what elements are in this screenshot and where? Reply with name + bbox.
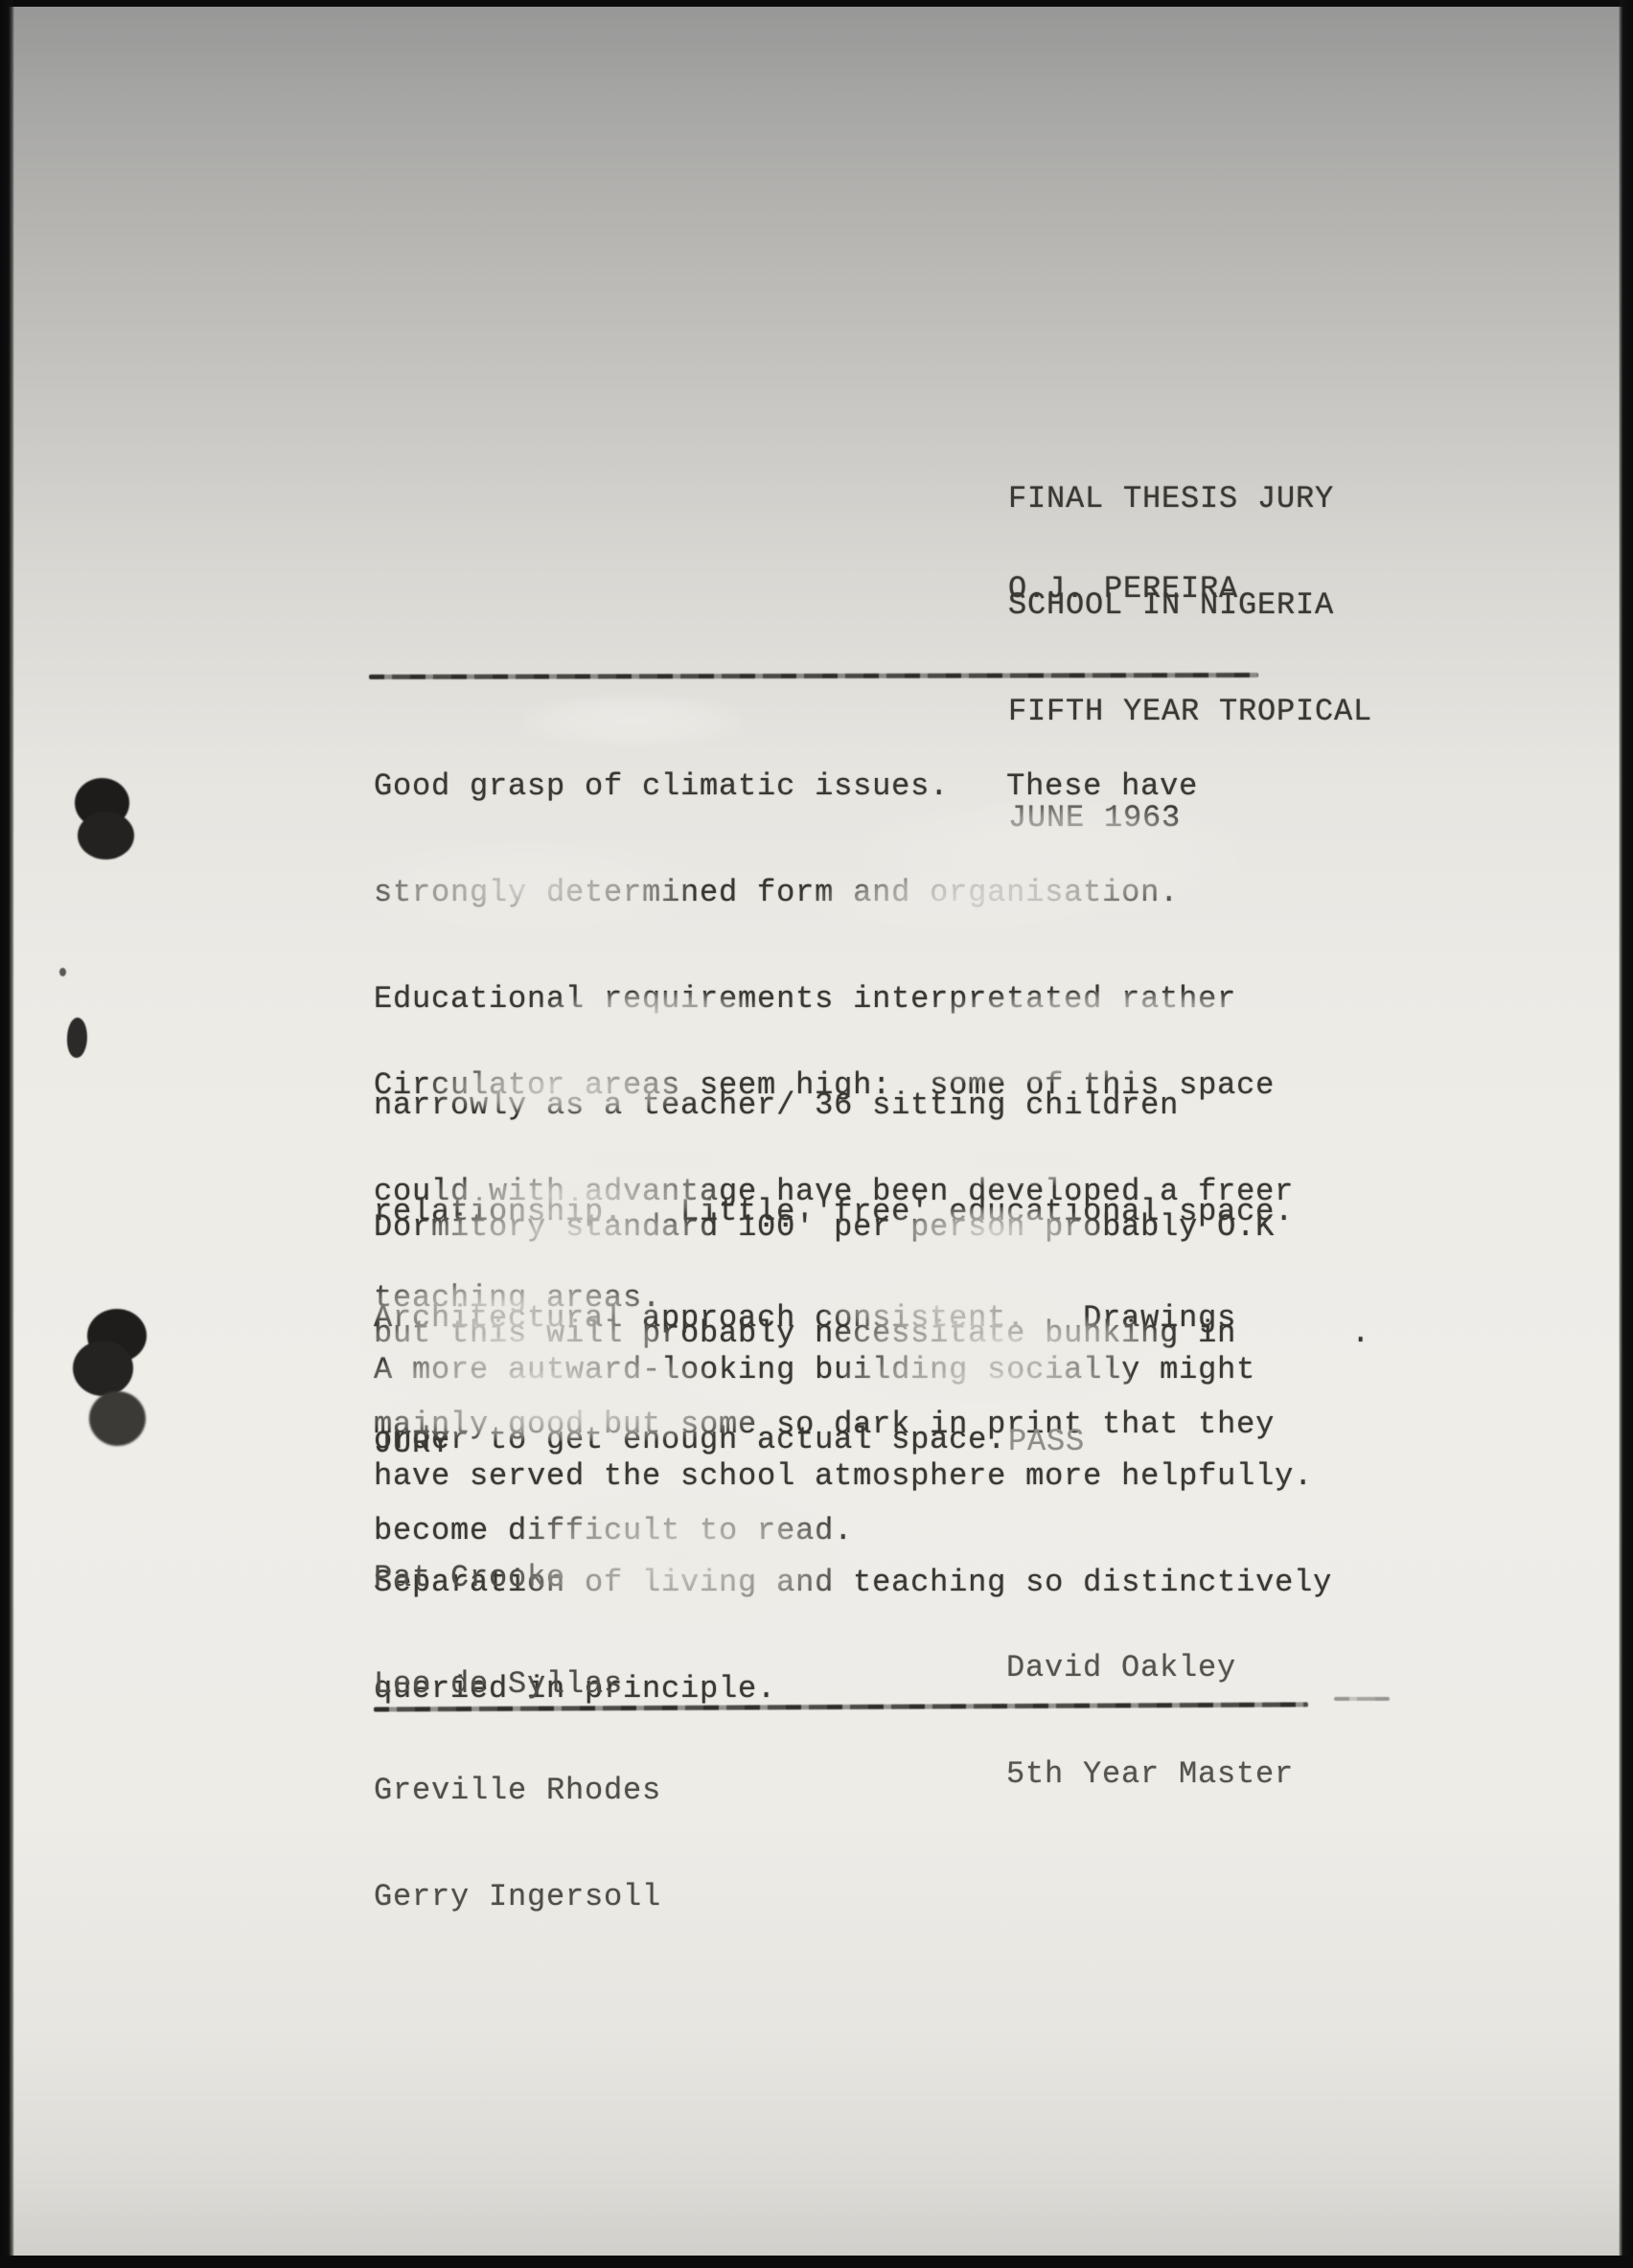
signoff-block: David Oakley 5th Year Master	[1006, 1579, 1294, 1863]
jury-names-list: Pat Crooke Leo de Syllas Greville Rhodes…	[374, 1489, 661, 1985]
header-line: FINAL THESIS JURY	[1008, 481, 1372, 516]
scan-edge-right	[1619, 0, 1633, 2268]
jury-name: Greville Rhodes	[374, 1773, 661, 1808]
scan-edge-bottom	[0, 2256, 1633, 2268]
ink-speck	[59, 968, 66, 976]
ink-mark	[66, 1017, 89, 1058]
jury-label: JURY	[374, 1426, 450, 1461]
jury-name: Gerry Ingersoll	[374, 1879, 661, 1914]
ink-blob	[89, 1391, 146, 1446]
scanned-document-page: FINAL THESIS JURY SCHOOL IN NIGERIA FIFT…	[0, 0, 1633, 2268]
author-name: O.J. PEREIRA	[1008, 571, 1238, 607]
text-line: Circulator areas seem high: some of this…	[374, 1067, 1294, 1103]
signoff-title: 5th Year Master	[1006, 1756, 1294, 1792]
ink-blob	[78, 812, 134, 859]
text-line: Good grasp of climatic issues. These hav…	[374, 768, 1294, 804]
horizontal-rule-dash	[1334, 1697, 1390, 1701]
pass-label: PASS	[1008, 1424, 1085, 1459]
jury-name: Pat Crooke	[374, 1560, 661, 1595]
scan-edge-left	[0, 0, 14, 2268]
ink-blob	[73, 1340, 133, 1396]
text-line: strongly determined form and organisatio…	[374, 875, 1294, 910]
text-line: Dormitory standard 100' per person proba…	[374, 1209, 1370, 1245]
signoff-name: David Oakley	[1006, 1650, 1294, 1685]
text-line: A more autward-looking building socially…	[374, 1352, 1332, 1387]
scan-edge-top	[0, 0, 1633, 7]
jury-name: Leo de Syllas	[374, 1666, 661, 1702]
